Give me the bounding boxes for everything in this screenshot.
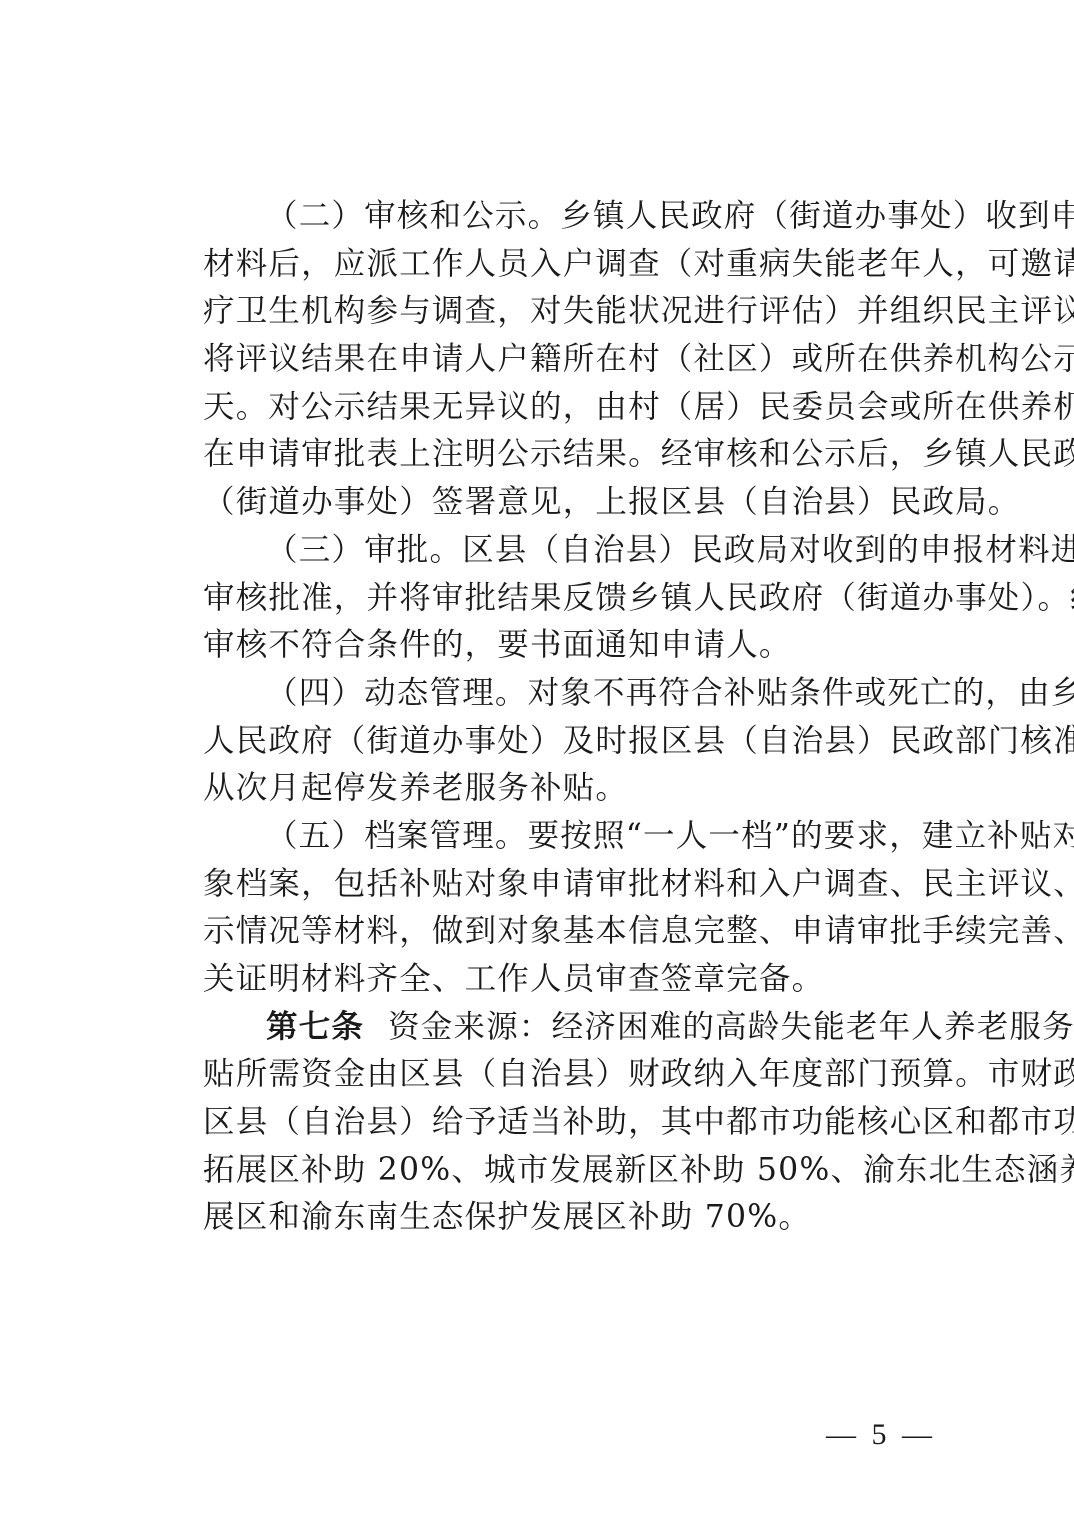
text-line: （街道办事处）签署意见，上报区县（自治县）民政局。 [140, 479, 938, 527]
text-line: 示情况等材料，做到对象基本信息完整、申请审批手续完善、相 [140, 908, 938, 956]
paragraph-article-7: 第七条资金来源：经济困难的高龄失能老年人养老服务补 贴所需资金由区县（自治县）财… [140, 1004, 938, 1242]
text-line: 审核批准，并将审批结果反馈乡镇人民政府（街道办事处）。经 [140, 575, 938, 623]
text-line: 从次月起停发养老服务补贴。 [140, 765, 938, 813]
text-line: （二）审核和公示。乡镇人民政府（街道办事处）收到申请 [140, 193, 938, 241]
text-line: 将评议结果在申请人户籍所在村（社区）或所在供养机构公示 7 [140, 336, 938, 384]
page-number: — 5 — [826, 1418, 936, 1452]
article-text: 资金来源：经济困难的高龄失能老年人养老服务补 [388, 1009, 1074, 1045]
text-line: 天。对公示结果无异议的，由村（居）民委员会或所在供养机构 [140, 384, 938, 432]
text-line: 审核不符合条件的，要书面通知申请人。 [140, 622, 938, 670]
text-line: 关证明材料齐全、工作人员审查签章完备。 [140, 956, 938, 1004]
text-line: 象档案，包括补贴对象申请审批材料和入户调查、民主评议、公 [140, 861, 938, 909]
paragraph-section-3: （三）审批。区县（自治县）民政局对收到的申报材料进行 审核批准，并将审批结果反馈… [140, 527, 938, 670]
text-line: 人民政府（街道办事处）及时报区县（自治县）民政部门核准后， [140, 718, 938, 766]
text-line: 贴所需资金由区县（自治县）财政纳入年度部门预算。市财政对 [140, 1051, 938, 1099]
text-line: 材料后，应派工作人员入户调查（对重病失能老年人，可邀请医 [140, 241, 938, 289]
document-page: （二）审核和公示。乡镇人民政府（街道办事处）收到申请 材料后，应派工作人员入户调… [140, 193, 938, 1242]
paragraph-section-4: （四）动态管理。对象不再符合补贴条件或死亡的，由乡镇 人民政府（街道办事处）及时… [140, 670, 938, 813]
text-line: （三）审批。区县（自治县）民政局对收到的申报材料进行 [140, 527, 938, 575]
text-line: （五）档案管理。要按照“一人一档”的要求，建立补贴对 [140, 813, 938, 861]
paragraph-section-2: （二）审核和公示。乡镇人民政府（街道办事处）收到申请 材料后，应派工作人员入户调… [140, 193, 938, 527]
paragraph-section-5: （五）档案管理。要按照“一人一档”的要求，建立补贴对 象档案，包括补贴对象申请审… [140, 813, 938, 1004]
article-label: 第七条 [266, 1009, 364, 1045]
text-line: 区县（自治县）给予适当补助，其中都市功能核心区和都市功能 [140, 1099, 938, 1147]
text-line: 疗卫生机构参与调查，对失能状况进行评估）并组织民主评议， [140, 288, 938, 336]
text-line: 展区和渝东南生态保护发展区补助 70%。 [140, 1194, 938, 1242]
text-line: 拓展区补助 20%、城市发展新区补助 50%、渝东北生态涵养发 [140, 1147, 938, 1195]
text-line: （四）动态管理。对象不再符合补贴条件或死亡的，由乡镇 [140, 670, 938, 718]
text-line: 在申请审批表上注明公示结果。经审核和公示后，乡镇人民政府 [140, 431, 938, 479]
text-line: 第七条资金来源：经济困难的高龄失能老年人养老服务补 [140, 1004, 938, 1052]
